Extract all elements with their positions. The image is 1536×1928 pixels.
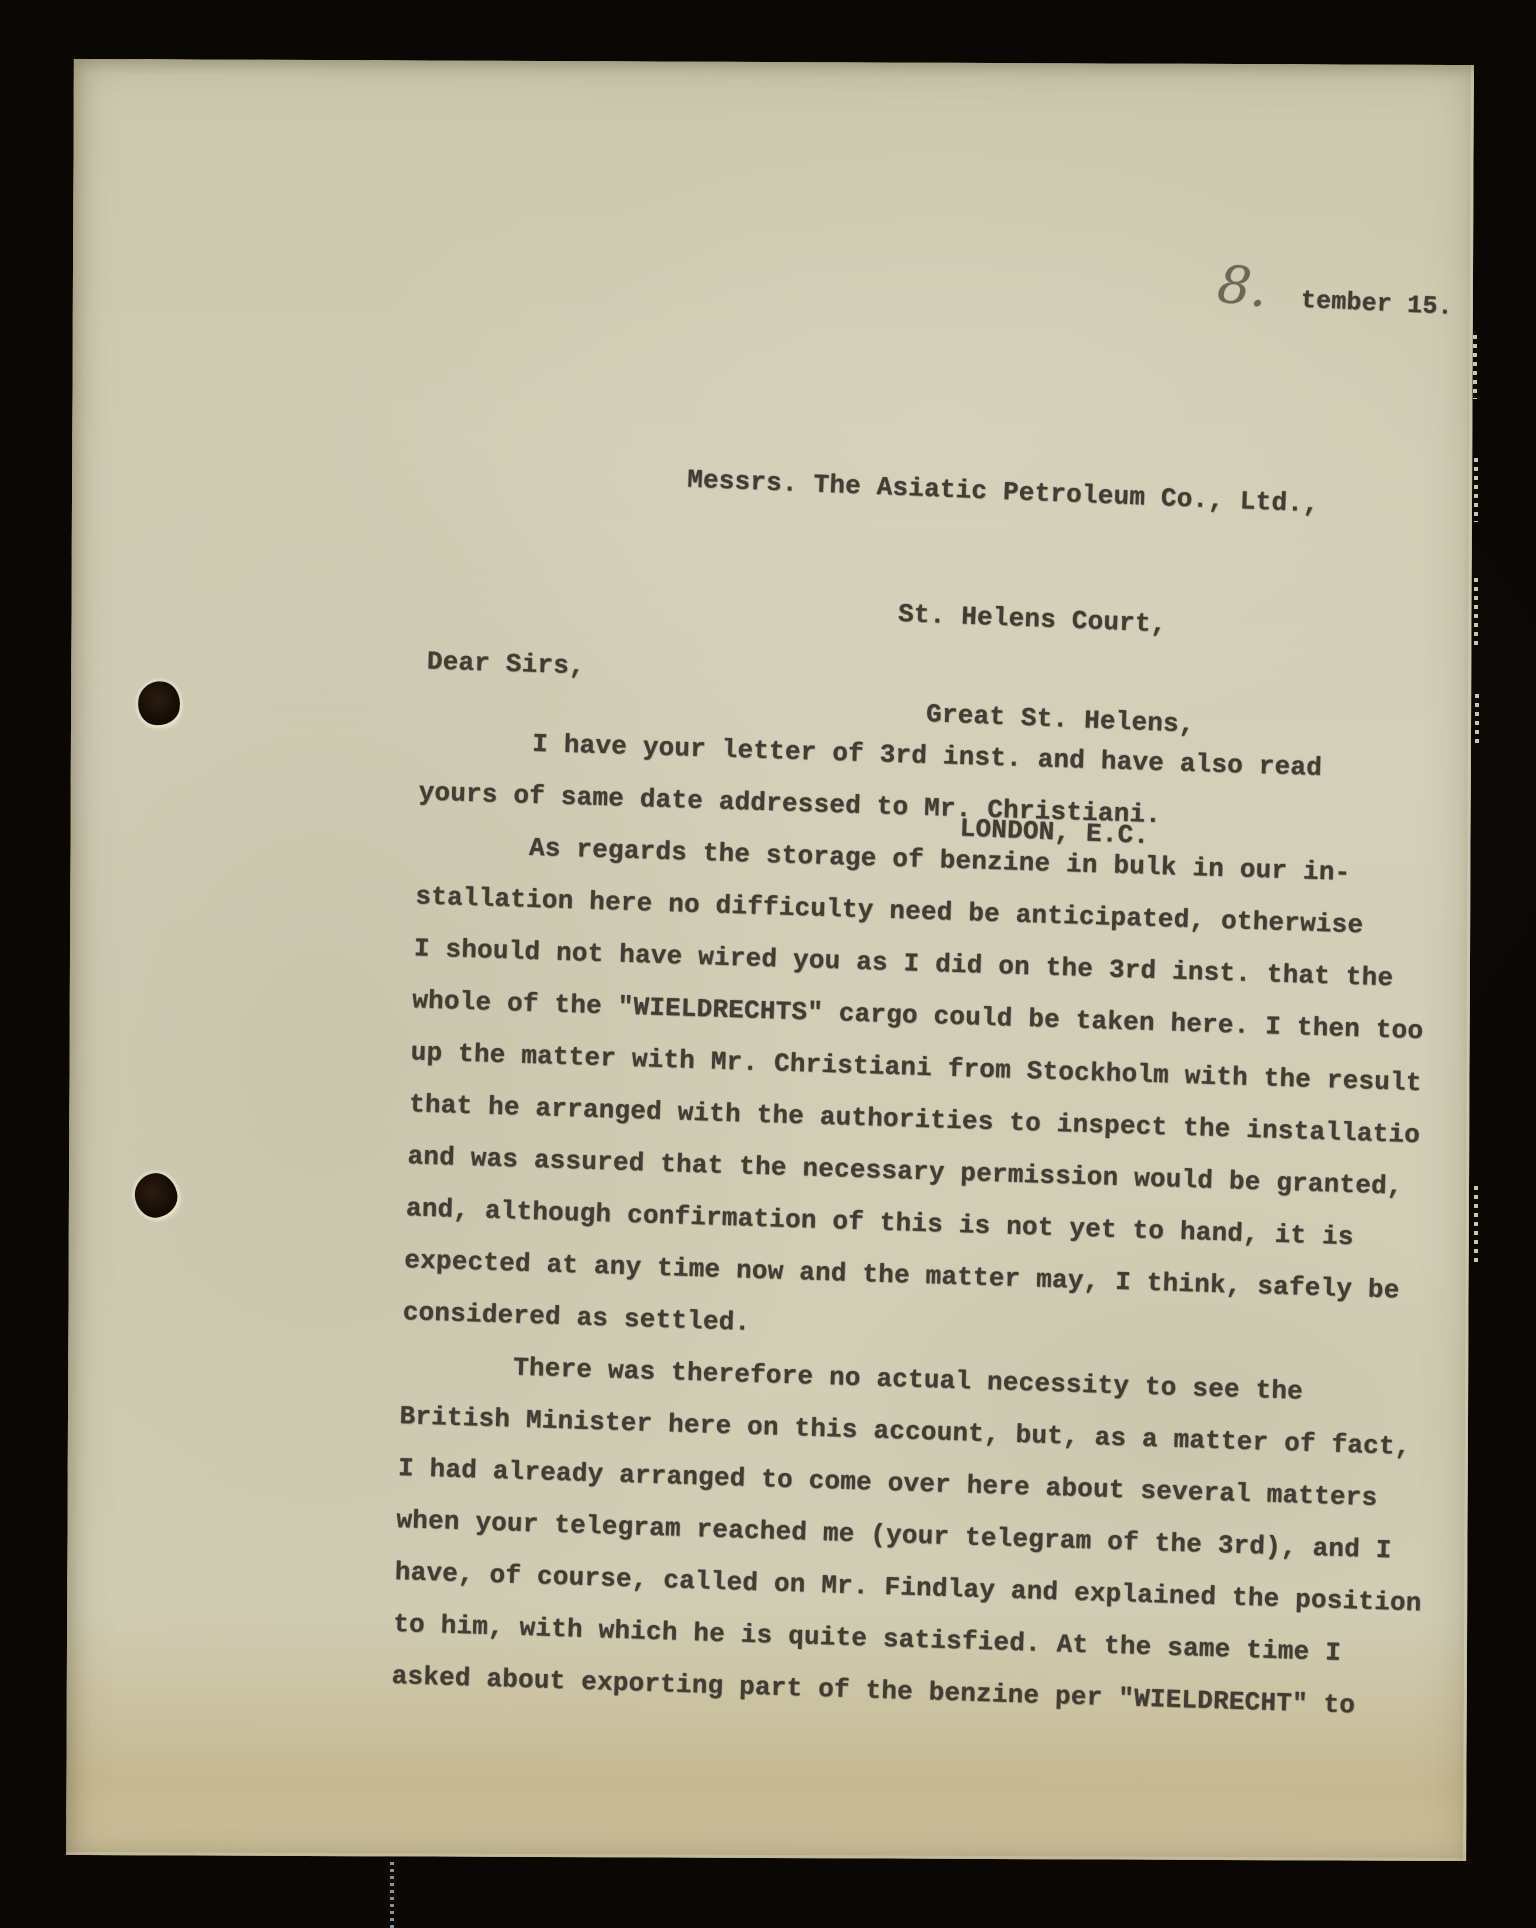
recipient-street: St. Helens Court, bbox=[682, 589, 1315, 647]
binding-stitch-mark bbox=[1475, 694, 1479, 746]
paragraph: As regards the storage of benzine in bul… bbox=[402, 818, 1474, 1372]
binding-stitch-mark bbox=[1474, 458, 1478, 522]
binding-stitch-mark bbox=[1473, 335, 1477, 399]
recipient-company: Messrs. The Asiatic Petroleum Co., Ltd., bbox=[687, 464, 1320, 522]
punch-hole-bottom bbox=[130, 1169, 181, 1222]
paragraph: There was therefore no actual necessity … bbox=[391, 1338, 1474, 1736]
binding-stitch-mark bbox=[1474, 578, 1478, 646]
letter-body: I have your letter of 3rd inst. and have… bbox=[391, 714, 1474, 1736]
typed-date-fragment: tember 15. bbox=[1300, 286, 1453, 322]
binding-stitch-mark-bottom bbox=[390, 1862, 394, 1928]
photo-background: 8. tember 15. Messrs. The Asiatic Petrol… bbox=[0, 0, 1536, 1928]
handwritten-day-numeral: 8. bbox=[1215, 258, 1270, 315]
salutation: Dear Sirs, bbox=[426, 647, 585, 682]
binding-stitch-mark bbox=[1474, 1186, 1478, 1264]
document-page: 8. tember 15. Messrs. The Asiatic Petrol… bbox=[66, 59, 1474, 1861]
punch-hole-top bbox=[135, 679, 183, 729]
date-line: 8. tember 15. bbox=[1217, 260, 1455, 323]
